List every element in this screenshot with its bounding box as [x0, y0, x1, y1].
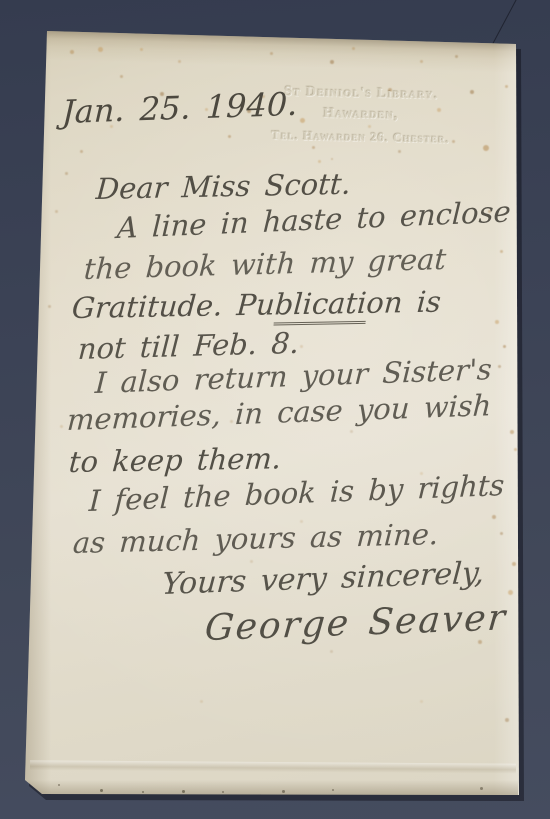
- foxing-spot: [510, 430, 514, 434]
- foxing-spot: [420, 700, 423, 703]
- salutation-line: Dear Miss Scott.: [95, 167, 352, 206]
- foxing-spot: [495, 320, 499, 324]
- foxing-spot: [503, 345, 506, 348]
- foxing-spot: [505, 718, 509, 722]
- dirt-speck: [142, 791, 144, 793]
- foxing-spot: [178, 60, 181, 63]
- foxing-spot: [330, 60, 334, 64]
- foxing-spot: [398, 150, 401, 153]
- foxing-spot: [200, 700, 203, 703]
- foxing-spot: [270, 52, 273, 55]
- foxing-spot: [483, 145, 489, 151]
- foxing-spot: [300, 345, 303, 348]
- body-line-9: as much yours as mine.: [72, 517, 439, 560]
- foxing-spot: [352, 47, 355, 50]
- foxing-spot: [500, 532, 503, 535]
- foxing-spot: [98, 47, 103, 52]
- foxing-spot: [70, 50, 74, 54]
- foxing-spot: [80, 150, 83, 153]
- foxing-spot: [512, 562, 516, 566]
- dirt-speck: [480, 787, 483, 790]
- photo-background: St Deiniol's Library. Hawarden, Tel. Haw…: [0, 0, 550, 819]
- body-line-3-post: on is: [365, 285, 442, 320]
- foxing-spot: [48, 305, 51, 308]
- foxing-spot: [55, 210, 58, 213]
- foxing-spot: [228, 135, 231, 138]
- letter-paper: St Deiniol's Library. Hawarden, Tel. Haw…: [0, 0, 550, 819]
- closing-line: Yours very sincerely,: [161, 556, 486, 602]
- dirt-speck: [282, 790, 285, 793]
- foxing-spot: [331, 158, 333, 160]
- foxing-spot: [65, 172, 68, 175]
- foxing-spot: [140, 48, 143, 51]
- foxing-spot: [508, 590, 513, 595]
- dirt-speck: [222, 791, 224, 793]
- paper-left-shading: [25, 31, 51, 795]
- body-line-7: to keep them.: [68, 441, 283, 479]
- foxing-spot: [478, 640, 482, 644]
- dirt-speck: [332, 789, 334, 791]
- foxing-spot: [350, 430, 353, 433]
- publication-underlined: blicati: [273, 286, 367, 326]
- letterhead-line-3: Tel. Hawarden 26. Chester.: [252, 124, 468, 151]
- dirt-speck: [100, 789, 103, 792]
- foxing-spot: [420, 60, 423, 63]
- paper-right-highlight: [494, 44, 520, 796]
- foxing-spot: [505, 85, 508, 88]
- foxing-spot: [250, 560, 253, 563]
- body-line-3-pre: Gratitude. Pu: [71, 287, 276, 325]
- foxing-spot: [514, 448, 517, 451]
- foxing-spot: [492, 515, 496, 519]
- foxing-spot: [60, 425, 63, 428]
- foxing-spot: [470, 90, 474, 94]
- fold-crease-top: [39, 30, 530, 74]
- paper-bottom-shading: [28, 780, 518, 796]
- foxing-spot: [318, 160, 321, 163]
- body-line-3: Gratitude. Publication is: [71, 285, 442, 325]
- foxing-spot: [120, 75, 123, 78]
- fold-crease-bottom: [30, 760, 516, 773]
- body-line-2: the book with my great: [83, 242, 447, 286]
- foxing-spot: [330, 650, 333, 653]
- foxing-spot: [498, 365, 501, 368]
- foxing-spot: [500, 250, 503, 253]
- foxing-spot: [455, 55, 458, 58]
- dirt-speck: [58, 784, 60, 786]
- signature-line: George Seaver: [203, 597, 508, 649]
- dirt-speck: [182, 790, 185, 793]
